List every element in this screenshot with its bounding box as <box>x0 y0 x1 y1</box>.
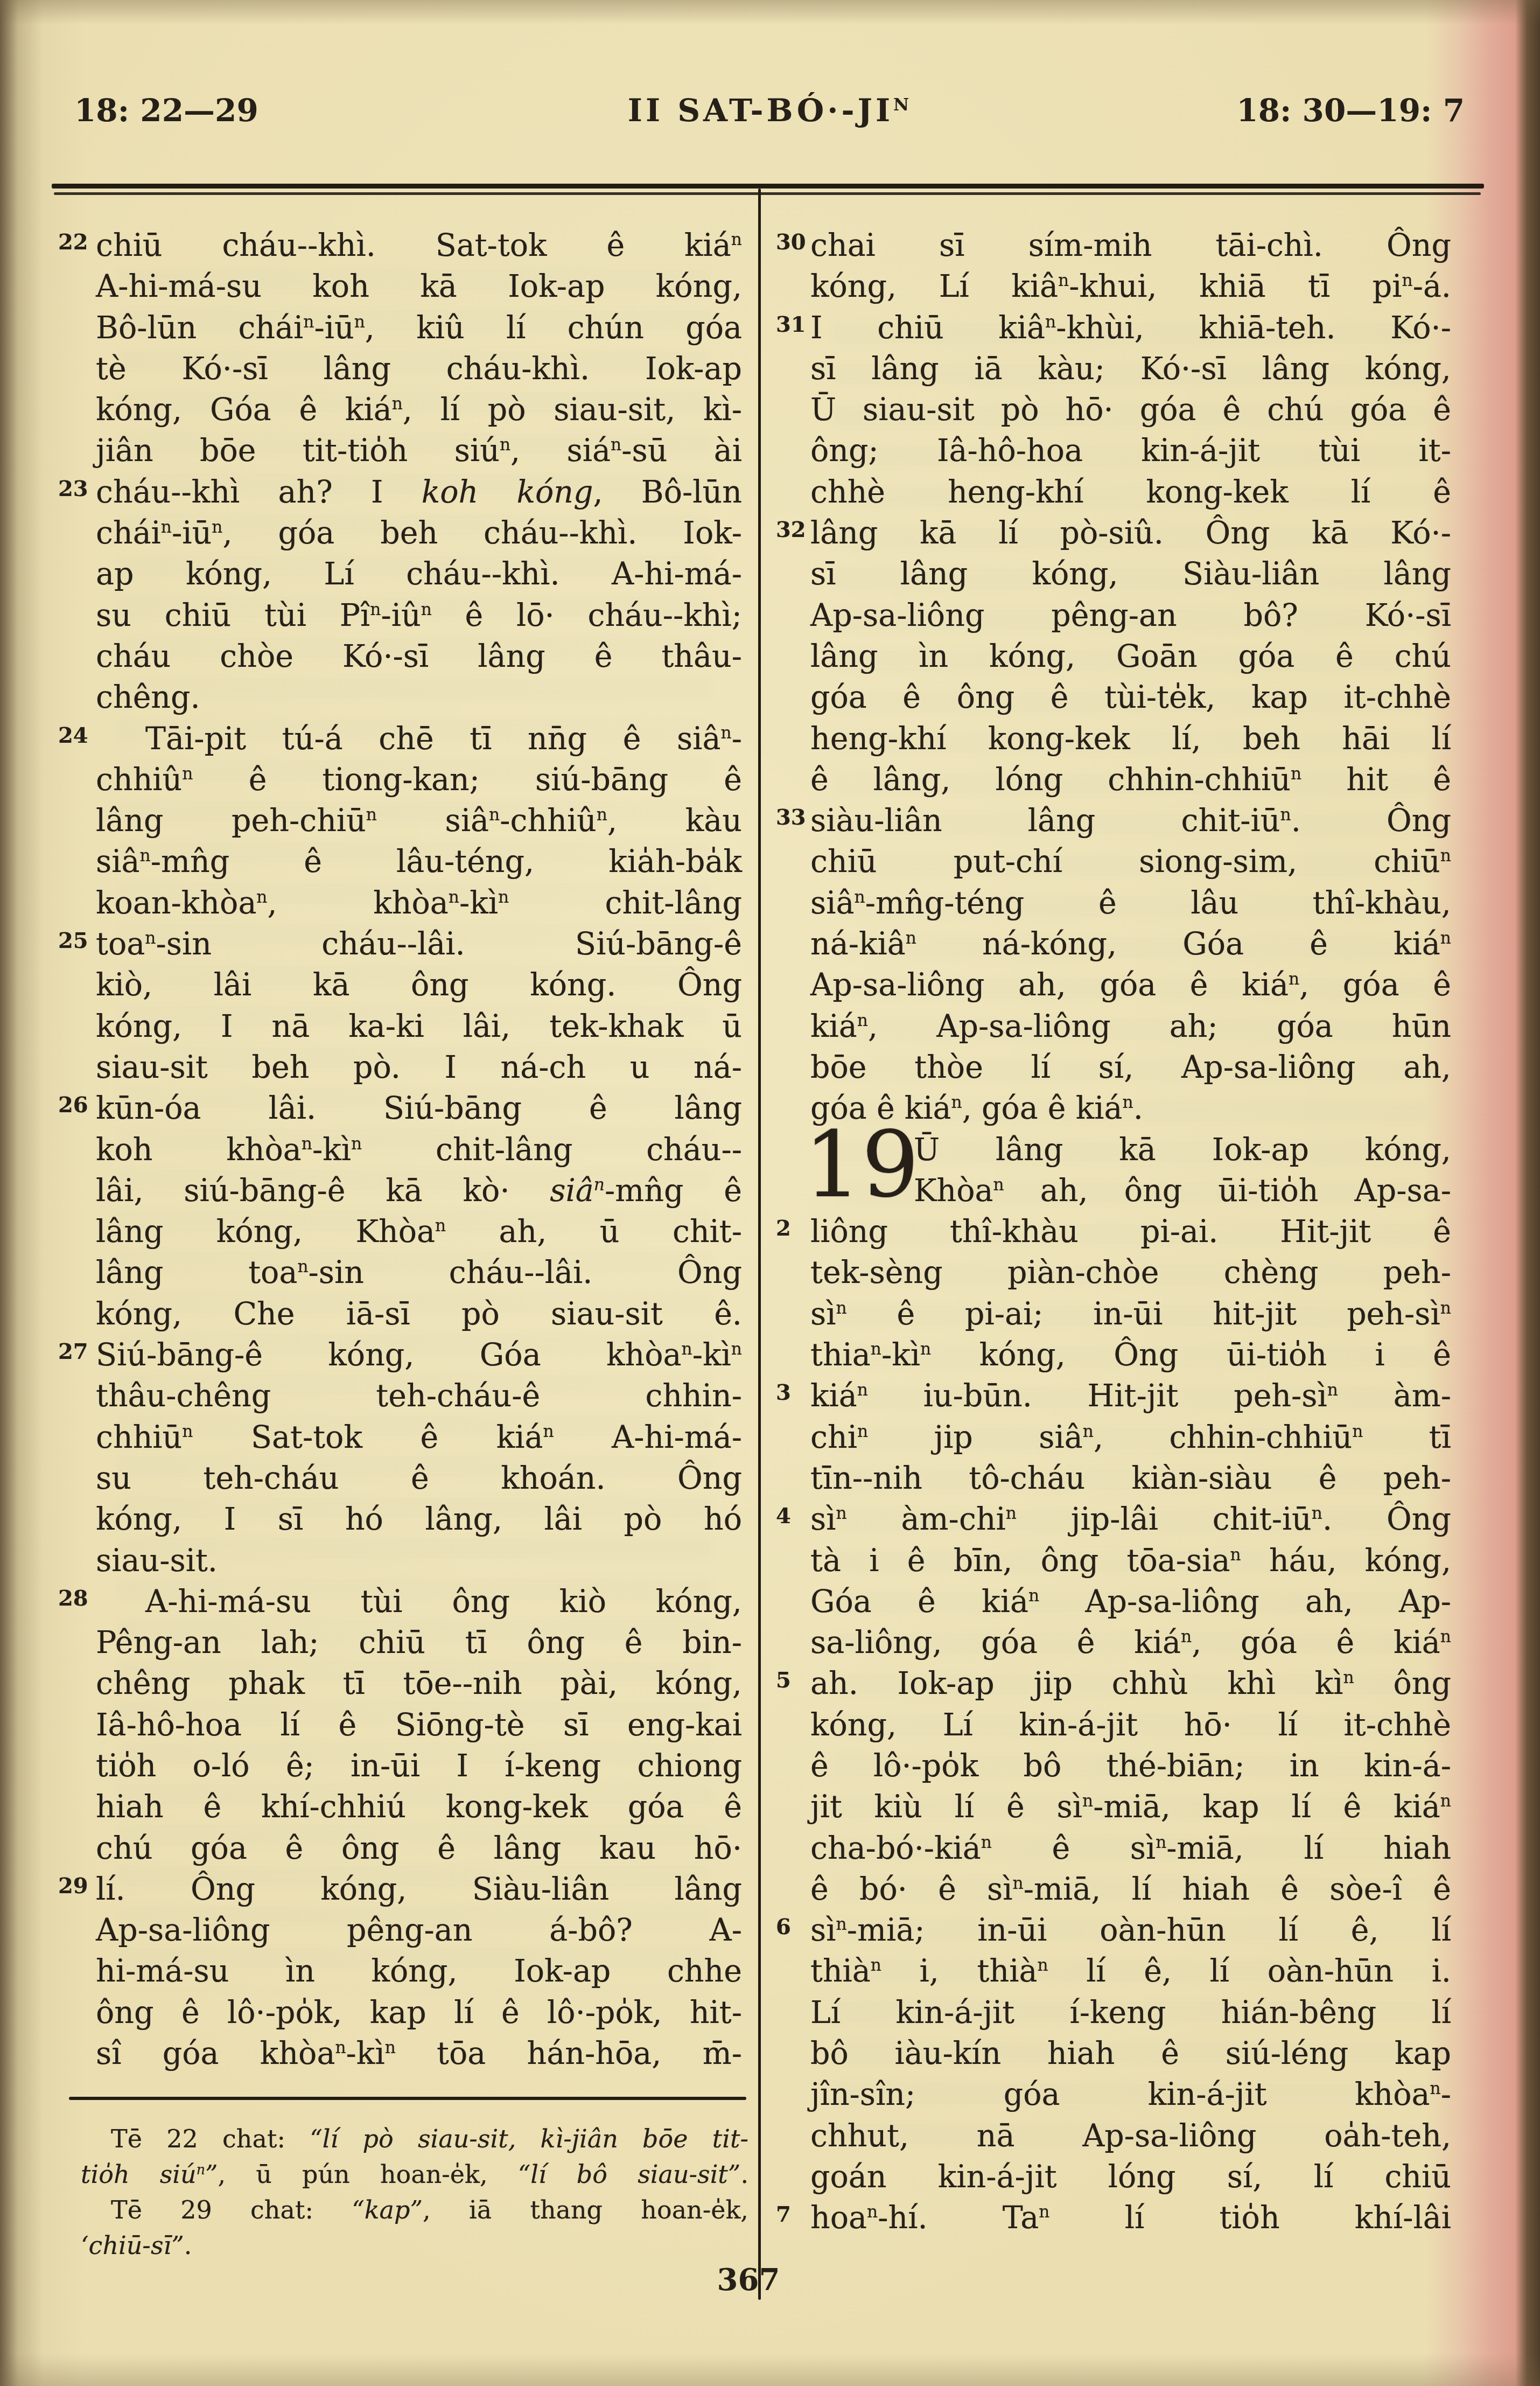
text-line: thâu-chêng teh-cháu-ê chhin- <box>96 1376 742 1417</box>
line-text: ‘chiū-sī”. <box>81 2231 192 2260</box>
text-column-left: 22chiū cháu--khì. Sat-tok ê kiánA-hi-má-… <box>96 225 742 2074</box>
line-text: liông thî-khàu pi-ai. Hit-jit ê <box>810 1214 1451 1250</box>
text-line: sī lâng kóng, Siàu-liân lâng <box>810 554 1451 595</box>
text-line: chhiūn Sat-tok ê kián A-hi-má- <box>96 1417 742 1458</box>
line-text: Pêng-an lah; chiū tī ông ê bin- <box>96 1625 742 1661</box>
line-text: goán kin-á-jit lóng sí, lí chiū <box>810 2159 1451 2195</box>
text-line: sa-liông, góa ê kián, góa ê kián <box>810 1622 1451 1663</box>
header-verse-range-right: 18: 30—19: 7 <box>1236 86 1465 135</box>
line-text: siau-sit. <box>96 1543 218 1579</box>
line-text: hoan-hí. Tan lí tio̍h khí-lâi <box>810 2200 1451 2236</box>
line-text: chêng phak tī tōe--nih pài, kóng, <box>96 1666 742 1701</box>
verse-number: 28 <box>58 1578 88 1619</box>
line-text: heng-khí kong-kek lí, beh hāi lí <box>810 721 1451 757</box>
line-text: Lí kin-á-jit í-keng hián-bêng lí <box>810 1995 1451 2031</box>
text-line: Ap-sa-liông ah, góa ê kián, góa ê <box>810 965 1451 1006</box>
running-header: 18: 22—29 II SAT-BÓ·-JIN 18: 30—19: 7 <box>59 86 1481 135</box>
line-text: thâu-chêng teh-cháu-ê chhin- <box>96 1378 742 1414</box>
line-text: tio̍h siún”, ū pún hoan-e̍k, “lí bô siau… <box>81 2160 748 2189</box>
text-line: 23cháu--khì ah? I koh kóng, Bô-lūn <box>96 472 742 513</box>
line-text: siân-mn̂g ê lâu-téng, kia̍h-ba̍k <box>96 844 742 880</box>
verse-number: 30 <box>776 222 806 263</box>
text-line: 31I chiū kiân-khùi, khiā-teh. Kó·- <box>810 308 1451 348</box>
line-text: toan-sin cháu--lâi. Siú-bāng-ê <box>96 926 742 962</box>
text-line: 22chiū cháu--khì. Sat-tok ê kián <box>96 225 742 266</box>
line-text: su chiū tùi Pîn-iûn ê lō· cháu--khì; <box>96 598 742 633</box>
text-line: kóng, I sī hó lâng, lâi pò hó <box>96 1499 742 1540</box>
line-text: kóng, I nā ka-ki lâi, tek-khak ū <box>96 1009 742 1044</box>
text-line: Tē 22 chat: “lí pò siau-sit, kì-jiân bōe… <box>81 2121 748 2157</box>
line-text: koan-khòan, khòan-kìn chit-lâng <box>96 885 742 921</box>
text-line: chhè heng-khí kong-kek lí ê <box>810 472 1451 513</box>
text-line: sìn ê pi-ai; in-ūi hit-jit peh-sìn <box>810 1294 1451 1335</box>
text-line: cha-bó·-kián ê sìn-miā, lí hiah <box>810 1828 1451 1869</box>
text-line: góa ê ông ê tùi-te̍k, kap it-chhè <box>810 677 1451 718</box>
line-text: chiū cháu--khì. Sat-tok ê kián <box>96 228 742 263</box>
line-text: chin jip siân, chhin-chhiūn tī <box>810 1420 1451 1455</box>
line-text: tè Kó·-sī lâng cháu-khì. Iok-ap <box>96 351 742 387</box>
text-line: lâng peh-chiūn siân-chhiûn, kàu <box>96 800 742 841</box>
text-line: kiò, lâi kā ông kóng. Ông <box>96 965 742 1006</box>
text-line: chêng. <box>96 677 742 718</box>
text-line: thian-kìn kóng, Ông ūi-tio̍h i ê <box>810 1335 1451 1376</box>
line-text: A-hi-má-su tùi ông kiò kóng, <box>145 1584 742 1620</box>
text-line: jîn-sîn; góa kin-á-jit khòan- <box>810 2074 1451 2115</box>
header-rule-bottom <box>54 192 1481 195</box>
line-text: Tāi-pit tú-á chē tī nn̄g ê siân- <box>145 721 742 757</box>
line-text: sìn-miā; in-ūi oàn-hūn lí ê, lí <box>810 1913 1451 1948</box>
text-line: Góa ê kián Ap-sa-liông ah, Ap- <box>810 1581 1451 1622</box>
line-text: siàu-liân lâng chit-iūn. Ông <box>810 803 1451 839</box>
text-line: jit kiù lí ê sìn-miā, kap lí ê kián <box>810 1787 1451 1827</box>
text-line: siau-sit beh pò. I ná-ch u ná- <box>96 1047 742 1088</box>
text-line: 28A-hi-má-su tùi ông kiò kóng, <box>96 1581 742 1622</box>
line-text: kián iu-būn. Hit-jit peh-sìn àm- <box>810 1378 1451 1414</box>
verse-number: 6 <box>776 1907 791 1948</box>
text-line: Bô-lūn cháin-iūn, kiû lí chún góa <box>96 308 742 348</box>
line-text: I chiū kiân-khùi, khiā-teh. Kó·- <box>810 310 1451 346</box>
text-line: lâi, siú-bāng-ê kā kò· siân-mn̂g ê <box>96 1170 742 1211</box>
text-line: cháu chòe Kó·-sī lâng ê thâu- <box>96 636 742 677</box>
text-line: 7hoan-hí. Tan lí tio̍h khí-lâi <box>810 2197 1451 2238</box>
text-line: ê lô·-po̍k bô thé-biān; in kin-á- <box>810 1746 1451 1787</box>
text-line: kóng, Lí kiân-khui, khiā tī pin-á. <box>810 266 1451 307</box>
line-text: Bô-lūn cháin-iūn, kiû lí chún góa <box>96 310 742 346</box>
line-text: ê lâng, lóng chhin-chhiūn hit ê <box>810 762 1451 798</box>
text-line: 27Siú-bāng-ê kóng, Góa khòan-kìn <box>96 1335 742 1376</box>
text-line: 3kián iu-būn. Hit-jit peh-sìn àm- <box>810 1376 1451 1417</box>
line-text: sìn ê pi-ai; in-ūi hit-jit peh-sìn <box>810 1296 1451 1332</box>
line-text: Góa ê kián Ap-sa-liông ah, Ap- <box>810 1584 1451 1620</box>
line-text: hi-má-su ìn kóng, Iok-ap chhe <box>96 1954 742 1989</box>
verse-number: 27 <box>58 1331 88 1372</box>
line-text: tīn--nih tô-cháu kiàn-siàu ê peh- <box>810 1461 1451 1496</box>
text-line: chêng phak tī tōe--nih pài, kóng, <box>96 1663 742 1704</box>
text-line: chú góa ê ông ê lâng kau hō· <box>96 1828 742 1869</box>
text-line: bô iàu-kín hiah ê siú-léng kap <box>810 2033 1451 2074</box>
footnote: Tē 22 chat: “lí pò siau-sit, kì-jiân bōe… <box>81 2121 748 2263</box>
page-number: 367 <box>678 2262 818 2298</box>
line-text: Iâ-hô-hoa lí ê Siōng-tè sī eng-kai <box>96 1707 742 1743</box>
verse-number: 2 <box>776 1208 791 1249</box>
line-text: chêng. <box>96 680 200 715</box>
line-text: chú góa ê ông ê lâng kau hō· <box>96 1831 742 1866</box>
text-line: A-hi-má-su koh kā Iok-ap kóng, <box>96 266 742 307</box>
text-line: ê bó· ê sìn-miā, lí hiah ê sòe-î ê <box>810 1869 1451 1910</box>
text-line: ông ê lô·-po̍k, kap lí ê lô·-po̍k, hit- <box>96 1992 742 2033</box>
text-line: tīn--nih tô-cháu kiàn-siàu ê peh- <box>810 1458 1451 1499</box>
line-text: chhè heng-khí kong-kek lí ê <box>810 475 1451 510</box>
line-text: su teh-cháu ê khoán. Ông <box>96 1461 742 1496</box>
text-line: lâng toan-sin cháu--lâi. Ông <box>96 1252 742 1293</box>
text-line: 32lâng kā lí pò-siû. Ông kā Kó·- <box>810 513 1451 554</box>
text-line: jiân bōe tit-tio̍h siún, sián-sū ài <box>96 430 742 471</box>
text-line: chhiûn ê tiong-kan; siú-bāng ê <box>96 759 742 800</box>
text-line: Ap-sa-liông pêng-an á-bô? A- <box>96 1910 742 1951</box>
text-line: kóng, I nā ka-ki lâi, tek-khak ū <box>96 1006 742 1047</box>
text-line: ná-kiân ná-kóng, Góa ê kián <box>810 924 1451 965</box>
verse-number: 22 <box>58 222 88 263</box>
text-line: kóng, Lí kin-á-jit hō· lí it-chhè <box>810 1705 1451 1746</box>
text-line: sî góa khòan-kìn tōa hán-hōa, m̄- <box>96 2033 742 2074</box>
text-line: Ū lâng kā Iok-ap kóng, <box>810 1129 1451 1170</box>
scanned-book-page: 18: 22—29 II SAT-BÓ·-JIN 18: 30—19: 7 22… <box>0 0 1540 2386</box>
line-text: tio̍h o-ló ê; in-ūi I í-keng chiong <box>96 1748 742 1784</box>
text-column-right: 30chai sī sím-mih tāi-chì. Ôngkóng, Lí k… <box>810 225 1451 2239</box>
line-text: kóng, Góa ê kián, lí pò siau-sit, kì- <box>96 392 742 428</box>
verse-number: 31 <box>776 304 806 345</box>
line-text: jiân bōe tit-tio̍h siún, sián-sū ài <box>96 433 742 469</box>
text-line: Ap-sa-liông pêng-an bô? Kó·-sī <box>810 595 1451 636</box>
line-text: Khòan ah, ông ūi-tio̍h Ap-sa- <box>914 1173 1451 1209</box>
verse-number: 32 <box>776 510 806 550</box>
text-line: siân-mn̂g-téng ê lâu thî-khàu, <box>810 883 1451 924</box>
line-text: lâi, siú-bāng-ê kā kò· siân-mn̂g ê <box>96 1173 742 1209</box>
line-text: lâng ìn kóng, Goān góa ê chú <box>810 639 1451 674</box>
line-text: ê lô·-po̍k bô thé-biān; in kin-á- <box>810 1748 1451 1784</box>
text-line: ap kóng, Lí cháu--khì. A-hi-má- <box>96 554 742 595</box>
verse-number: 26 <box>58 1085 88 1126</box>
header-rule-top <box>52 184 1484 189</box>
text-line: ông; Iâ-hô-hoa kin-á-jit tùi it- <box>810 430 1451 471</box>
text-line: hiah ê khí-chhiú kong-kek góa ê <box>96 1787 742 1827</box>
line-text: ê bó· ê sìn-miā, lí hiah ê sòe-î ê <box>810 1872 1451 1907</box>
line-text: kiò, lâi kā ông kóng. Ông <box>96 967 742 1003</box>
line-text: sî góa khòan-kìn tōa hán-hōa, m̄- <box>96 2036 742 2071</box>
line-text: chai sī sím-mih tāi-chì. Ông <box>810 228 1451 263</box>
line-text: koh khòan-kìn chit-lâng cháu-- <box>96 1132 742 1168</box>
text-line: 25toan-sin cháu--lâi. Siú-bāng-ê <box>96 924 742 965</box>
line-text: Ap-sa-liông pêng-an bô? Kó·-sī <box>810 598 1451 633</box>
line-text: Ap-sa-liông ah, góa ê kián, góa ê <box>810 967 1451 1003</box>
line-text: chhiûn ê tiong-kan; siú-bāng ê <box>96 762 742 798</box>
text-line: thiàn i, thiàn lí ê, lí oàn-hūn i. <box>810 1951 1451 1992</box>
text-line: 2liông thî-khàu pi-ai. Hit-jit ê <box>810 1211 1451 1252</box>
line-text: bô iàu-kín hiah ê siú-léng kap <box>810 2036 1451 2071</box>
verse-number: 33 <box>776 797 806 838</box>
verse-number: 29 <box>58 1866 88 1907</box>
line-text: Ap-sa-liông pêng-an á-bô? A- <box>96 1913 742 1948</box>
line-text: sa-liông, góa ê kián, góa ê kián <box>810 1625 1451 1661</box>
line-text: A-hi-má-su koh kā Iok-ap kóng, <box>96 269 742 304</box>
text-line: tè Kó·-sī lâng cháu-khì. Iok-ap <box>96 348 742 389</box>
text-line: cháin-iūn, góa beh cháu--khì. Iok- <box>96 513 742 554</box>
line-text: siau-sit beh pò. I ná-ch u ná- <box>96 1050 742 1085</box>
line-text: kóng, I sī hó lâng, lâi pò hó <box>96 1502 742 1537</box>
text-line: su teh-cháu ê khoán. Ông <box>96 1458 742 1499</box>
line-text: Siú-bāng-ê kóng, Góa khòan-kìn <box>96 1337 742 1373</box>
line-text: cháu--khì ah? I koh kóng, Bô-lūn <box>96 475 742 510</box>
verse-number: 3 <box>776 1372 791 1413</box>
line-text: cha-bó·-kián ê sìn-miā, lí hiah <box>810 1831 1451 1866</box>
line-text: cháin-iūn, góa beh cháu--khì. Iok- <box>96 515 742 551</box>
line-text: thian-kìn kóng, Ông ūi-tio̍h i ê <box>810 1337 1451 1373</box>
column-divider-rule <box>758 189 761 2300</box>
text-line: 33siàu-liân lâng chit-iūn. Ông <box>810 800 1451 841</box>
text-line: 4sìn àm-chin jip-lâi chit-iūn. Ông <box>810 1499 1451 1540</box>
line-text: kián, Ap-sa-liông ah; góa hūn <box>810 1009 1451 1044</box>
verse-number: 25 <box>58 920 88 961</box>
text-line: hi-má-su ìn kóng, Iok-ap chhe <box>96 1951 742 1992</box>
line-text: siân-mn̂g-téng ê lâu thî-khàu, <box>810 885 1451 921</box>
verse-number: 4 <box>776 1496 791 1537</box>
text-line: kián, Ap-sa-liông ah; góa hūn <box>810 1006 1451 1047</box>
text-line: tà i ê bīn, ông tōa-sian háu, kóng, <box>810 1540 1451 1581</box>
line-text: ông ê lô·-po̍k, kap lí ê lô·-po̍k, hit- <box>96 1995 742 2031</box>
line-text: tà i ê bīn, ông tōa-sian háu, kóng, <box>810 1543 1451 1579</box>
verse-number: 24 <box>58 715 88 756</box>
line-text: thiàn i, thiàn lí ê, lí oàn-hūn i. <box>810 1954 1451 1989</box>
line-text: Tē 29 chat: “kap”, iā thang hoan-e̍k, <box>111 2195 748 2224</box>
verse-number: 5 <box>776 1660 791 1701</box>
line-text: Ū siau-sit pò hō· góa ê chú góa ê <box>810 392 1451 428</box>
line-text: Tē 22 chat: “lí pò siau-sit, kì-jiân bōe… <box>111 2124 748 2153</box>
text-line: Pêng-an lah; chiū tī ông ê bin- <box>96 1622 742 1663</box>
text-line: 29lí. Ông kóng, Siàu-liân lâng <box>96 1869 742 1910</box>
line-text: kóng, Lí kiân-khui, khiā tī pin-á. <box>810 269 1451 304</box>
line-text: ah. Iok-ap jip chhù khì kìn ông <box>810 1666 1451 1701</box>
text-line: 30chai sī sím-mih tāi-chì. Ông <box>810 225 1451 266</box>
line-text: góa ê ông ê tùi-te̍k, kap it-chhè <box>810 680 1451 715</box>
line-text: sìn àm-chin jip-lâi chit-iūn. Ông <box>810 1502 1451 1537</box>
text-line: bōe thòe lí sí, Ap-sa-liông ah, <box>810 1047 1451 1088</box>
line-text: lí. Ông kóng, Siàu-liân lâng <box>96 1872 742 1907</box>
line-text: sī lâng kóng, Siàu-liân lâng <box>810 556 1451 592</box>
line-text: sī lâng iā kàu; Kó·-sī lâng kóng, <box>810 351 1451 387</box>
text-line: tek-sèng piàn-chòe chèng peh- <box>810 1252 1451 1293</box>
text-line: 5ah. Iok-ap jip chhù khì kìn ông <box>810 1663 1451 1704</box>
text-line: su chiū tùi Pîn-iûn ê lō· cháu--khì; <box>96 595 742 636</box>
verse-number: 23 <box>58 469 88 510</box>
line-text: jit kiù lí ê sìn-miā, kap lí ê kián <box>810 1789 1451 1825</box>
text-line: 6sìn-miā; in-ūi oàn-hūn lí ê, lí <box>810 1910 1451 1951</box>
text-line: heng-khí kong-kek lí, beh hāi lí <box>810 718 1451 759</box>
text-line: chiū put-chí siong-sim, chiūn <box>810 841 1451 882</box>
text-line: kóng, Che iā-sī pò siau-sit ê. <box>96 1294 742 1335</box>
text-line: chin jip siân, chhin-chhiūn tī <box>810 1417 1451 1458</box>
line-text: kóng, Lí kin-á-jit hō· lí it-chhè <box>810 1707 1451 1743</box>
text-line: siân-mn̂g ê lâu-téng, kia̍h-ba̍k <box>96 841 742 882</box>
text-line: Iâ-hô-hoa lí ê Siōng-tè sī eng-kai <box>96 1705 742 1746</box>
text-line: kóng, Góa ê kián, lí pò siau-sit, kì- <box>96 389 742 430</box>
line-text: bōe thòe lí sí, Ap-sa-liông ah, <box>810 1050 1451 1085</box>
text-line: sī lâng iā kàu; Kó·-sī lâng kóng, <box>810 348 1451 389</box>
line-text: chhiūn Sat-tok ê kián A-hi-má- <box>96 1420 742 1455</box>
text-line: Ū siau-sit pò hō· góa ê chú góa ê <box>810 389 1451 430</box>
text-line: 24Tāi-pit tú-á chē tī nn̄g ê siân- <box>96 718 742 759</box>
line-text: ap kóng, Lí cháu--khì. A-hi-má- <box>96 556 742 592</box>
line-text: lâng kā lí pò-siû. Ông kā Kó·- <box>810 515 1451 551</box>
line-text: tek-sèng piàn-chòe chèng peh- <box>810 1255 1451 1290</box>
line-text: lâng peh-chiūn siân-chhiûn, kàu <box>96 803 742 839</box>
text-line: Khòan ah, ông ūi-tio̍h Ap-sa- <box>810 1170 1451 1211</box>
text-line: chhut, nā Ap-sa-liông oa̍h-teh, <box>810 2116 1451 2157</box>
text-line: Lí kin-á-jit í-keng hián-bêng lí <box>810 1992 1451 2033</box>
text-line: siau-sit. <box>96 1540 742 1581</box>
line-text: lâng toan-sin cháu--lâi. Ông <box>96 1255 742 1290</box>
text-line: ê lâng, lóng chhin-chhiūn hit ê <box>810 759 1451 800</box>
line-text: kūn-óa lâi. Siú-bāng ê lâng <box>96 1091 742 1126</box>
line-text: jîn-sîn; góa kin-á-jit khòan- <box>810 2077 1451 2112</box>
text-line: tio̍h o-ló ê; in-ūi I í-keng chiong <box>96 1746 742 1787</box>
text-line: lâng kóng, Khòan ah, ū chit- <box>96 1211 742 1252</box>
line-text: Ū lâng kā Iok-ap kóng, <box>914 1132 1451 1168</box>
text-line: Tē 29 chat: “kap”, iā thang hoan-e̍k, <box>81 2192 748 2228</box>
line-text: hiah ê khí-chhiú kong-kek góa ê <box>96 1789 742 1825</box>
line-text: chhut, nā Ap-sa-liông oa̍h-teh, <box>810 2118 1451 2154</box>
text-line: lâng ìn kóng, Goān góa ê chú <box>810 636 1451 677</box>
text-line: ‘chiū-sī”. <box>81 2228 748 2263</box>
line-text: cháu chòe Kó·-sī lâng ê thâu- <box>96 639 742 674</box>
footnote-rule <box>69 2097 746 2100</box>
text-line: koh khòan-kìn chit-lâng cháu-- <box>96 1129 742 1170</box>
line-text: ông; Iâ-hô-hoa kin-á-jit tùi it- <box>810 433 1451 469</box>
line-text: kóng, Che iā-sī pò siau-sit ê. <box>96 1296 742 1332</box>
line-text: lâng kóng, Khòan ah, ū chit- <box>96 1214 742 1250</box>
text-line: tio̍h siún”, ū pún hoan-e̍k, “lí bô siau… <box>81 2157 748 2192</box>
verse-number: 7 <box>776 2194 791 2235</box>
line-text: chiū put-chí siong-sim, chiūn <box>810 844 1451 880</box>
text-line: 26kūn-óa lâi. Siú-bāng ê lâng <box>96 1088 742 1129</box>
text-line: goán kin-á-jit lóng sí, lí chiū <box>810 2157 1451 2197</box>
line-text: ná-kiân ná-kóng, Góa ê kián <box>810 926 1451 962</box>
text-line: koan-khòan, khòan-kìn chit-lâng <box>96 883 742 924</box>
